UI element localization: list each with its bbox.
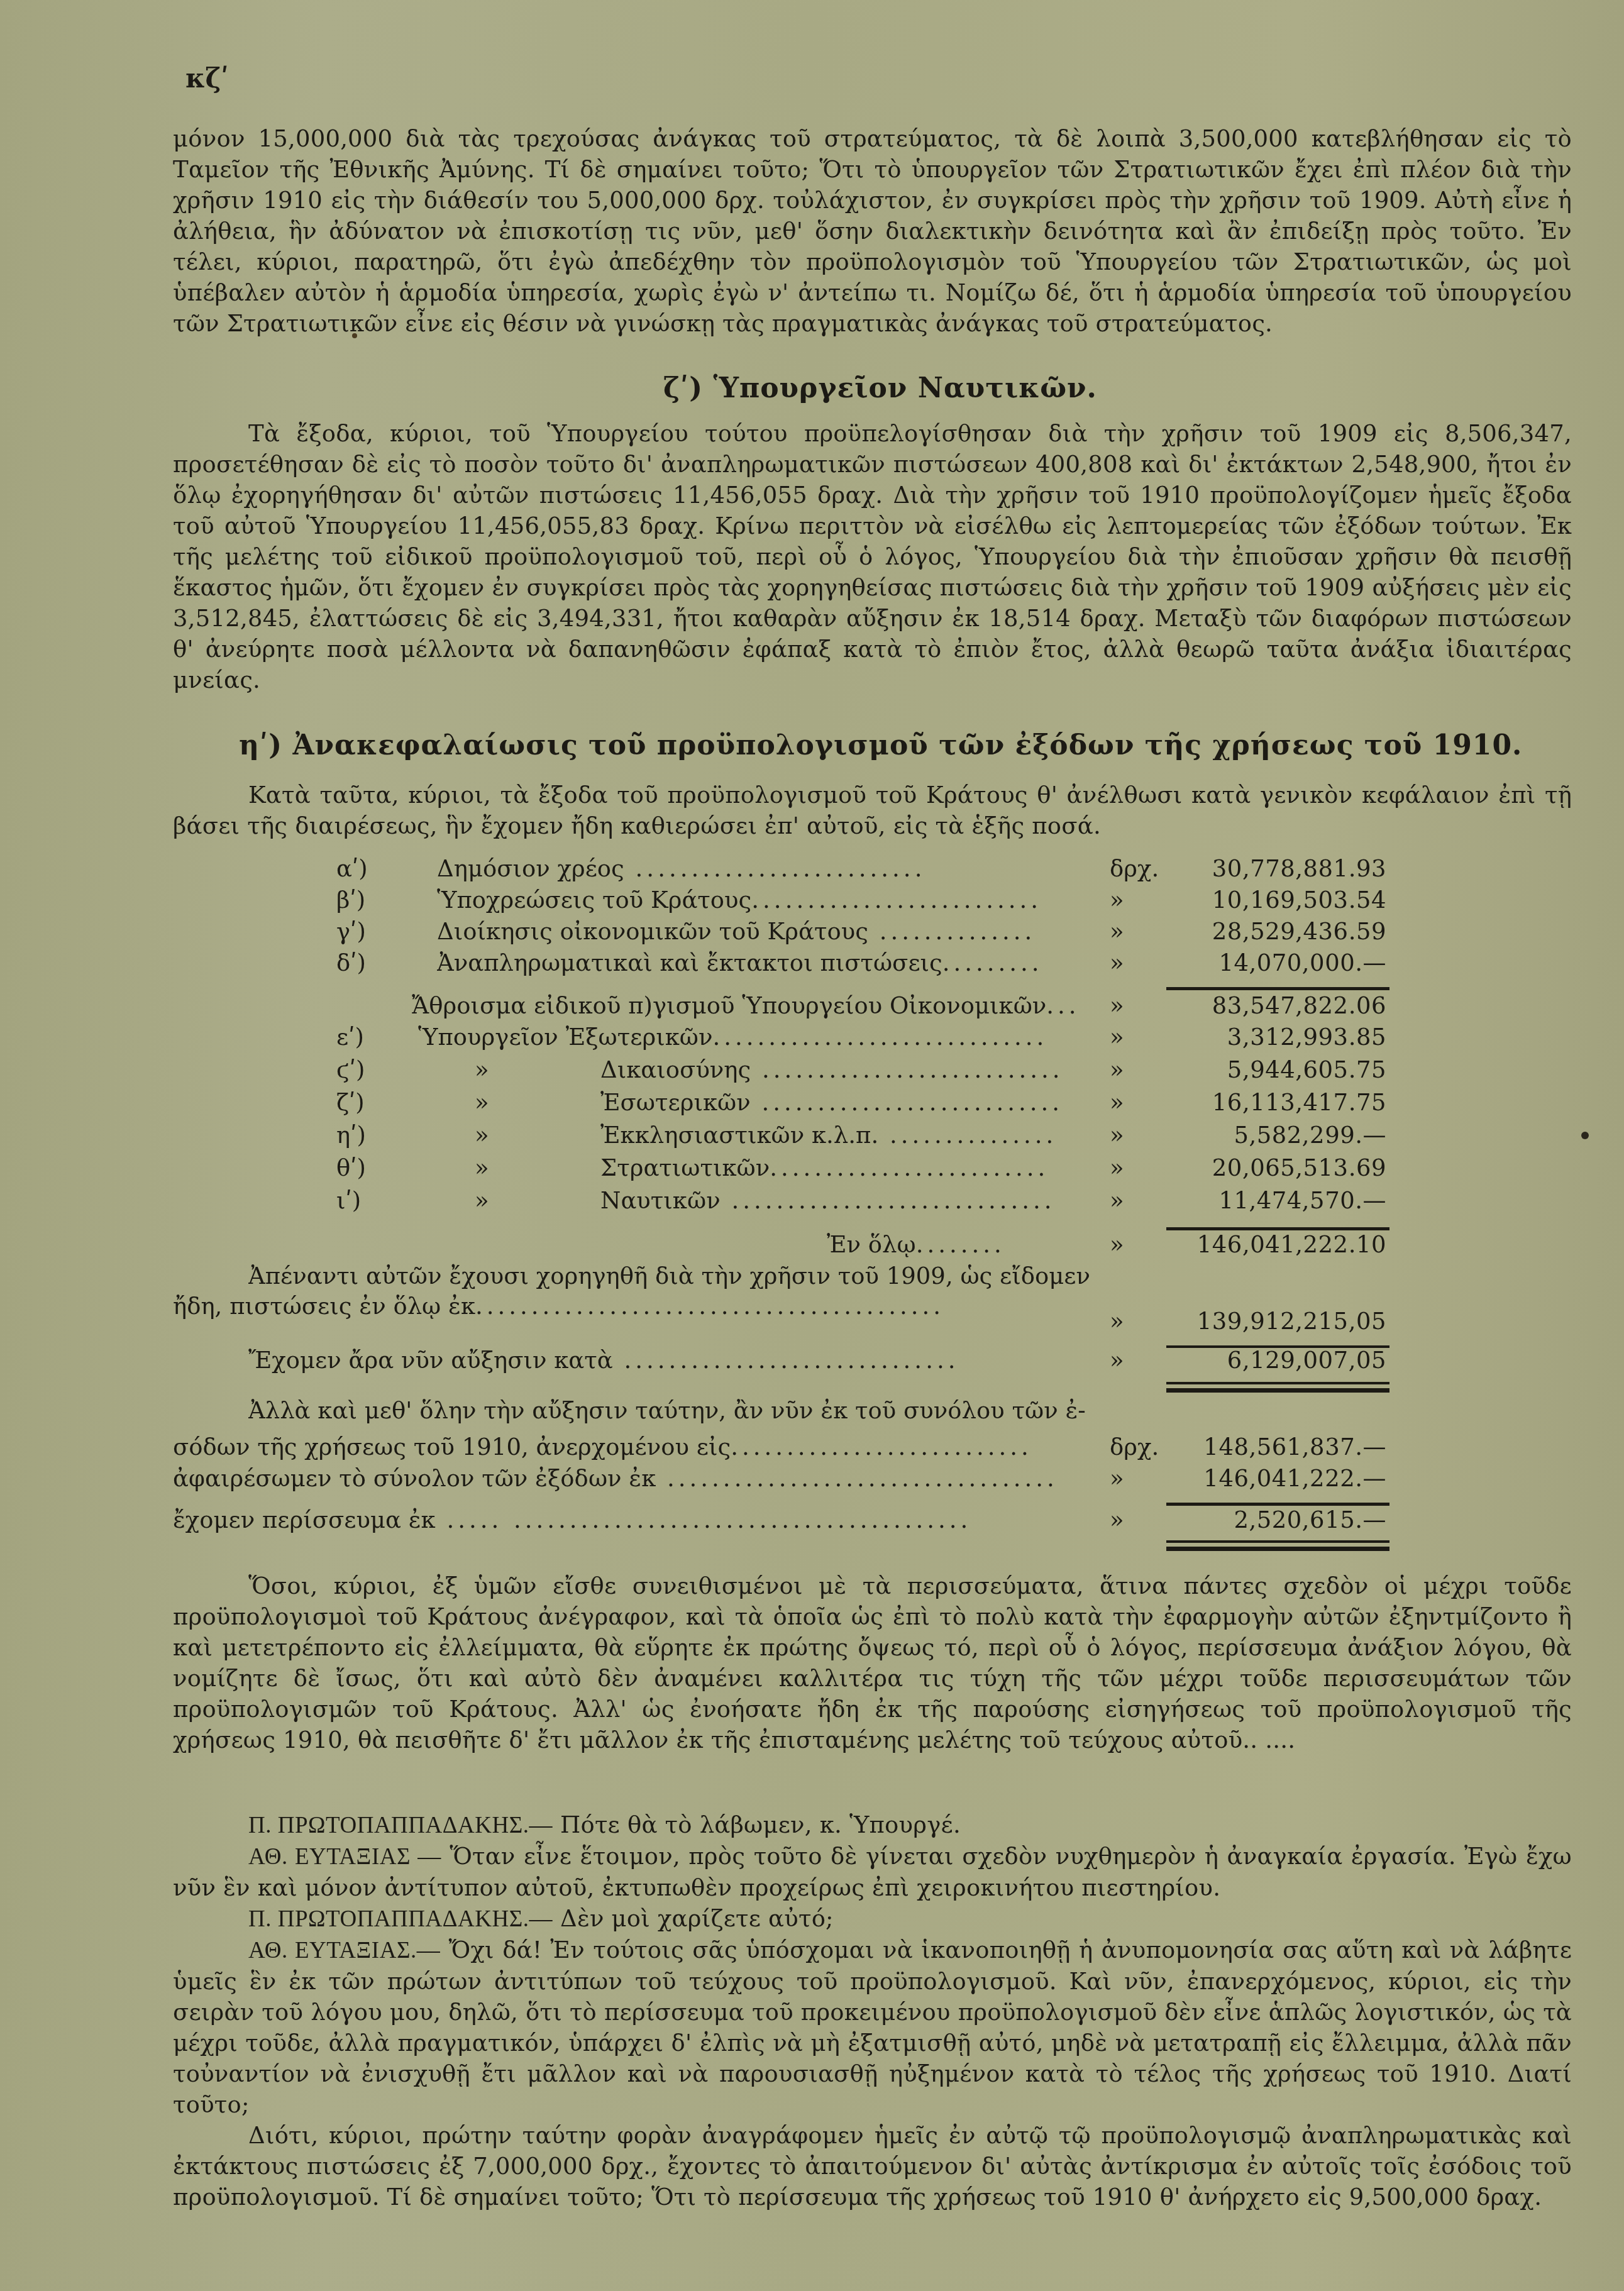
revenue-row: σόδων τῆς χρήσεως τοῦ 1910, ἀνερχομένου …	[173, 1433, 1572, 1464]
ledger-row-label: Ἐσωτερικῶν ...........................	[600, 1089, 1103, 1116]
ledger-row-number: ζʹ)	[336, 1089, 380, 1116]
ledger-row-amount: 3,312,993.85	[1166, 1024, 1386, 1051]
double-rule-bottom	[1166, 1547, 1389, 1551]
ledger-row-label: Δημόσιον χρέος .........................…	[437, 855, 1103, 882]
ledger-row-unit: »	[1110, 1308, 1160, 1335]
ledger-row: ζʹ) » Ἐσωτερικῶν .......................…	[173, 1089, 1572, 1119]
speech-text: Ὄχι δά! Ἐν τούτοις σᾶς ὑπόσχομαι νὰ ἱκαν…	[173, 1936, 1572, 2118]
ledger-row-unit: »	[1110, 1024, 1160, 1051]
ledger-row-label: σόδων τῆς χρήσεως τοῦ 1910, ἀνερχομένου …	[173, 1433, 1103, 1460]
increase-amount: 6,129,007,05	[1166, 1347, 1386, 1374]
subtotal-rule	[1166, 987, 1389, 990]
ledger-row: δʹ) Ἀναπληρωματικαὶ καὶ ἔκτακτοι πιστώσε…	[173, 949, 1572, 980]
ledger-row: βʹ) Ὑποχρεώσεις τοῦ Κράτους.............…	[173, 886, 1572, 917]
ledger-row-number: ηʹ)	[336, 1122, 380, 1149]
ledger-row-unit: »	[1110, 1056, 1160, 1083]
dialogue-line: ΑΘ. ΕΥΤΑΞΙΑΣ.— Ὄχι δά! Ἐν τούτοις σᾶς ὑπ…	[173, 1935, 1572, 2120]
ledger-row-label: Ναυτικῶν .............................	[600, 1187, 1103, 1214]
ledger-total-label: Ἐν ὅλῳ........	[827, 1231, 1103, 1258]
surplus-row: ἔχομεν περίσσευμα ἐκ ..... .............…	[173, 1506, 1572, 1537]
ditto-mark: »	[475, 1154, 500, 1181]
paragraph-summary-intro: Κατὰ ταῦτα, κύριοι, τὰ ἔξοδα τοῦ προϋπολ…	[173, 780, 1572, 841]
ledger-row-label: Ἐκκλησιαστικῶν κ.λ.π. ...............	[600, 1122, 1103, 1149]
ledger-row-number: εʹ)	[336, 1024, 380, 1051]
section-title-navy: ζʹ) Ὑπουργεῖον Ναυτικῶν.	[663, 372, 1097, 404]
ledger-row-unit: »	[1110, 918, 1160, 945]
ledger-row-amount: 10,169,503.54	[1166, 886, 1386, 914]
paragraph-surpluses: Ὅσοι, κύριοι, ἐξ ὑμῶν εἴσθε συνειθισμένο…	[173, 1571, 1572, 1755]
ledger-total-row: Ἐν ὅλῳ........ » 146,041,222.10	[173, 1231, 1572, 1261]
ledger-row-label: Διοίκησις οἰκονομικῶν τοῦ Κράτους ......…	[437, 918, 1103, 945]
speaker-name: ΑΘ. ΕΥΤΑΞΙΑΣ —	[248, 1844, 441, 1870]
speaker-name: Π. ΠΡΩΤΟΠΑΠΠΑΔΑΚΗΣ.—	[248, 1813, 553, 1838]
granted-1909-amount-row: » 139,912,215,05	[173, 1308, 1572, 1338]
dialogue-line: ΑΘ. ΕΥΤΑΞΙΑΣ — Ὅταν εἶνε ἕτοιμον, πρὸς τ…	[173, 1841, 1572, 1903]
surplus-amount: 2,520,615.—	[1166, 1506, 1386, 1533]
ledger-row: αʹ) Δημόσιον χρέος .....................…	[173, 855, 1572, 885]
ledger-row-unit: »	[1110, 992, 1160, 1019]
ledger-row-label: ἔχομεν περίσσευμα ἐκ ..... .............…	[173, 1506, 1103, 1533]
subtract-row: ἀφαιρέσωμεν τὸ σύνολον τῶν ἐξόδων ἐκ ...…	[173, 1465, 1572, 1495]
ledger-row-label: Ἀναπληρωματικαὶ καὶ ἔκτακτοι πιστώσεις..…	[437, 949, 1103, 976]
dialogue-line: Π. ΠΡΩΤΟΠΑΠΠΑΔΑΚΗΣ.— Πότε θὰ τὸ λάβωμεν,…	[173, 1809, 1572, 1841]
ledger-row-amount: 11,474,570.—	[1166, 1187, 1386, 1214]
ledger-row-amount: 5,582,299.—	[1166, 1122, 1386, 1149]
ledger-subtotal-row: Ἄθροισμα εἰδικοῦ π)γισμοῦ Ὑπουργείου Οἰκ…	[173, 992, 1572, 1022]
parliamentary-dialogue: Π. ΠΡΩΤΟΠΑΠΠΑΔΑΚΗΣ.— Πότε θὰ τὸ λάβωμεν,…	[173, 1809, 1572, 2212]
ledger-row-amount: 5,944,605.75	[1166, 1056, 1386, 1083]
ledger-row-amount: 16,113,417.75	[1166, 1089, 1386, 1116]
ledger-row: εʹ) Ὑπουργεῖον Ἐξωτερικῶν...............…	[173, 1024, 1572, 1054]
ledger-row: ηʹ) » Ἐκκλησιαστικῶν κ.λ.π. ............…	[173, 1122, 1572, 1152]
ledger-row-unit: »	[1110, 1465, 1160, 1492]
ledger-row-number: ιʹ)	[336, 1187, 380, 1214]
double-rule-top	[1166, 1540, 1389, 1543]
speaker-name: ΑΘ. ΕΥΤΑΞΙΑΣ.—	[248, 1938, 440, 1963]
ledger-row-number: βʹ)	[336, 886, 380, 914]
ledger-row-number: γʹ)	[336, 918, 380, 945]
ditto-mark: »	[475, 1187, 500, 1214]
ledger-row-amount: 28,529,436.59	[1166, 918, 1386, 945]
granted-1909-line1: Ἀπέναντι αὐτῶν ἔχουσι χορηγηθῆ διὰ τὴν χ…	[173, 1262, 1572, 1293]
ledger-row-unit: »	[1110, 1506, 1160, 1533]
ledger-row-label: Δικαιοσύνης ...........................	[600, 1056, 1103, 1083]
revenue-line1: Ἀλλὰ καὶ μεθ' ὅλην τὴν αὔξησιν ταύτην, ἂ…	[173, 1397, 1572, 1427]
section-title-summary: ηʹ) Ἀνακεφαλαίωσις τοῦ προϋπολογισμοῦ τῶ…	[239, 729, 1522, 761]
ledger-row-unit: »	[1110, 1122, 1160, 1149]
ledger-row-number: θʹ)	[336, 1154, 380, 1181]
double-rule-bottom	[1166, 1388, 1389, 1393]
ledger-row-unit: δρχ.	[1110, 855, 1160, 882]
ledger-row-label: ἀφαιρέσωμεν τὸ σύνολον τῶν ἐξόδων ἐκ ...…	[173, 1465, 1103, 1492]
ledger-row-unit: »	[1110, 1347, 1160, 1374]
ink-speck	[1581, 1132, 1589, 1139]
subtract-amount: 146,041,222.—	[1166, 1465, 1386, 1492]
ledger-row-amount: 20,065,513.69	[1166, 1154, 1386, 1181]
ledger-row-label: Ἔχομεν ἄρα νῦν αὔξησιν κατὰ ............…	[248, 1347, 1103, 1374]
ledger-row-amount: 83,547,822.06	[1166, 992, 1386, 1019]
speaker-name: Π. ΠΡΩΤΟΠΑΠΠΑΔΑΚΗΣ.—	[248, 1906, 553, 1932]
surplus-rule	[1166, 1503, 1389, 1506]
ledger-row-number: αʹ)	[336, 855, 380, 882]
ledger-row-amount: 30,778,881.93	[1166, 855, 1386, 882]
ledger-row: ϛʹ) » Δικαιοσύνης ......................…	[173, 1056, 1572, 1086]
ink-speck	[352, 333, 357, 338]
ledger-row-unit: »	[1110, 1089, 1160, 1116]
ledger-row-label: Ὑποχρεώσεις τοῦ Κράτους.................…	[437, 886, 1103, 914]
ledger-row: θʹ) » Στρατιωτικῶν......................…	[173, 1154, 1572, 1184]
ledger-row: ιʹ) » Ναυτικῶν .........................…	[173, 1187, 1572, 1217]
granted-1909-amount: 139,912,215,05	[1166, 1308, 1386, 1335]
increase-row: Ἔχομεν ἄρα νῦν αὔξησιν κατὰ ............…	[173, 1347, 1572, 1377]
ditto-mark: »	[475, 1122, 500, 1149]
paragraph-extraordinary-credits: Διότι, κύριοι, πρώτην ταύτην φορὰν ἀναγρ…	[173, 2120, 1572, 2212]
revenue-amount: 148,561,837.—	[1166, 1433, 1386, 1460]
ledger-row-label: Ἄθροισμα εἰδικοῦ π)γισμοῦ Ὑπουργείου Οἰκ…	[412, 992, 1103, 1019]
ditto-mark: »	[475, 1056, 500, 1083]
ledger-row-unit: »	[1110, 949, 1160, 976]
ledger-row-unit: »	[1110, 1187, 1160, 1214]
total-rule	[1166, 1227, 1389, 1230]
ledger-row-unit: δρχ.	[1110, 1433, 1160, 1460]
ledger-row-label: Στρατιωτικῶν.........................	[600, 1154, 1103, 1181]
double-rule-top	[1166, 1382, 1389, 1384]
dialogue-line: Π. ΠΡΩΤΟΠΑΠΠΑΔΑΚΗΣ.— Δὲν μοὶ χαρίζετε αὐ…	[173, 1903, 1572, 1935]
ledger-row-label: Ὑπουργεῖον Ἐξωτερικῶν...................…	[418, 1024, 1103, 1051]
ledger-total-amount: 146,041,222.10	[1166, 1231, 1386, 1258]
paragraph-army-budget: μόνον 15,000,000 διὰ τὰς τρεχούσας ἀνάγκ…	[173, 123, 1572, 339]
speech-text: Δὲν μοὶ χαρίζετε αὐτό;	[560, 1905, 834, 1932]
ledger-row-number: ϛʹ)	[336, 1056, 380, 1083]
page-folio: κζʹ	[185, 63, 229, 94]
paragraph-navy-expenses: Τὰ ἔξοδα, κύριοι, τοῦ Ὑπουργείου τούτου …	[173, 418, 1572, 695]
ledger-row-unit: »	[1110, 886, 1160, 914]
ledger-row-unit: »	[1110, 1231, 1160, 1258]
ledger-row-amount: 14,070,000.—	[1166, 949, 1386, 976]
ledger-row-number: δʹ)	[336, 949, 380, 976]
ledger-row-unit: »	[1110, 1154, 1160, 1181]
speech-text: Πότε θὰ τὸ λάβωμεν, κ. Ὑπουργέ.	[560, 1811, 961, 1838]
ledger-row: γʹ) Διοίκησις οἰκονομικῶν τοῦ Κράτους ..…	[173, 918, 1572, 948]
ditto-mark: »	[475, 1089, 500, 1116]
